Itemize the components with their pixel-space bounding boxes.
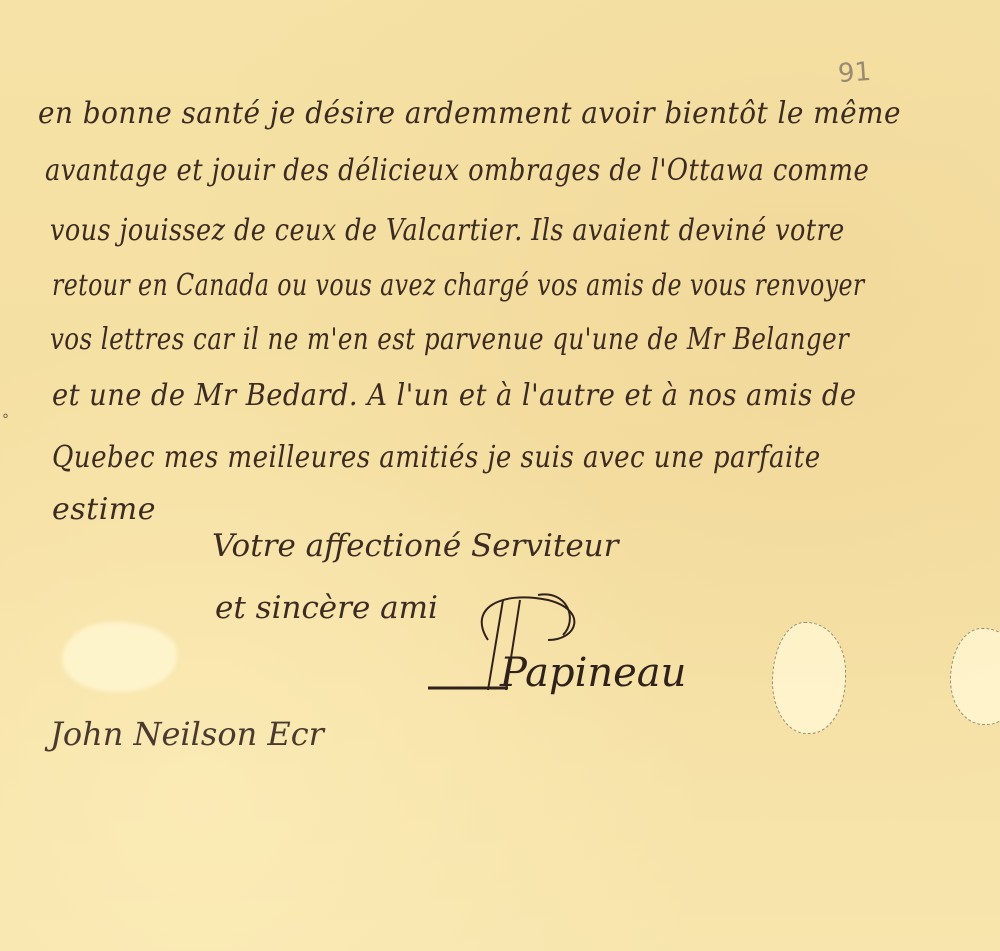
letter-page: 91 ° en bonne santé je désire ardemment … bbox=[0, 0, 1000, 951]
body-line-3: vous jouissez de ceux de Valcartier. Ils… bbox=[50, 213, 845, 248]
body-line-2: avantage et jouir des délicieux ombrages… bbox=[45, 153, 869, 188]
margin-mark: ° bbox=[2, 412, 9, 428]
body-line-1: en bonne santé je désire ardemment avoir… bbox=[38, 96, 901, 131]
faded-spot-outlined bbox=[772, 622, 846, 734]
faded-spot bbox=[62, 622, 177, 692]
faded-spot-outlined bbox=[950, 628, 1000, 725]
body-line-5: vos lettres car il ne m'en est parvenue … bbox=[50, 322, 849, 357]
closing-line-1: Votre affectioné Serviteur bbox=[212, 528, 618, 564]
body-line-8: estime bbox=[52, 492, 156, 527]
addressee: John Neilson Ecr bbox=[50, 715, 324, 753]
body-line-6: et une de Mr Bedard. A l'un et à l'autre… bbox=[52, 378, 856, 413]
closing-line-2: et sincère ami bbox=[215, 590, 438, 626]
page-number: 91 bbox=[837, 57, 872, 89]
body-line-4: retour en Canada ou vous avez chargé vos… bbox=[52, 268, 865, 303]
signature: Papineau bbox=[500, 650, 686, 696]
body-line-7: Quebec mes meilleures amitiés je suis av… bbox=[52, 440, 821, 475]
